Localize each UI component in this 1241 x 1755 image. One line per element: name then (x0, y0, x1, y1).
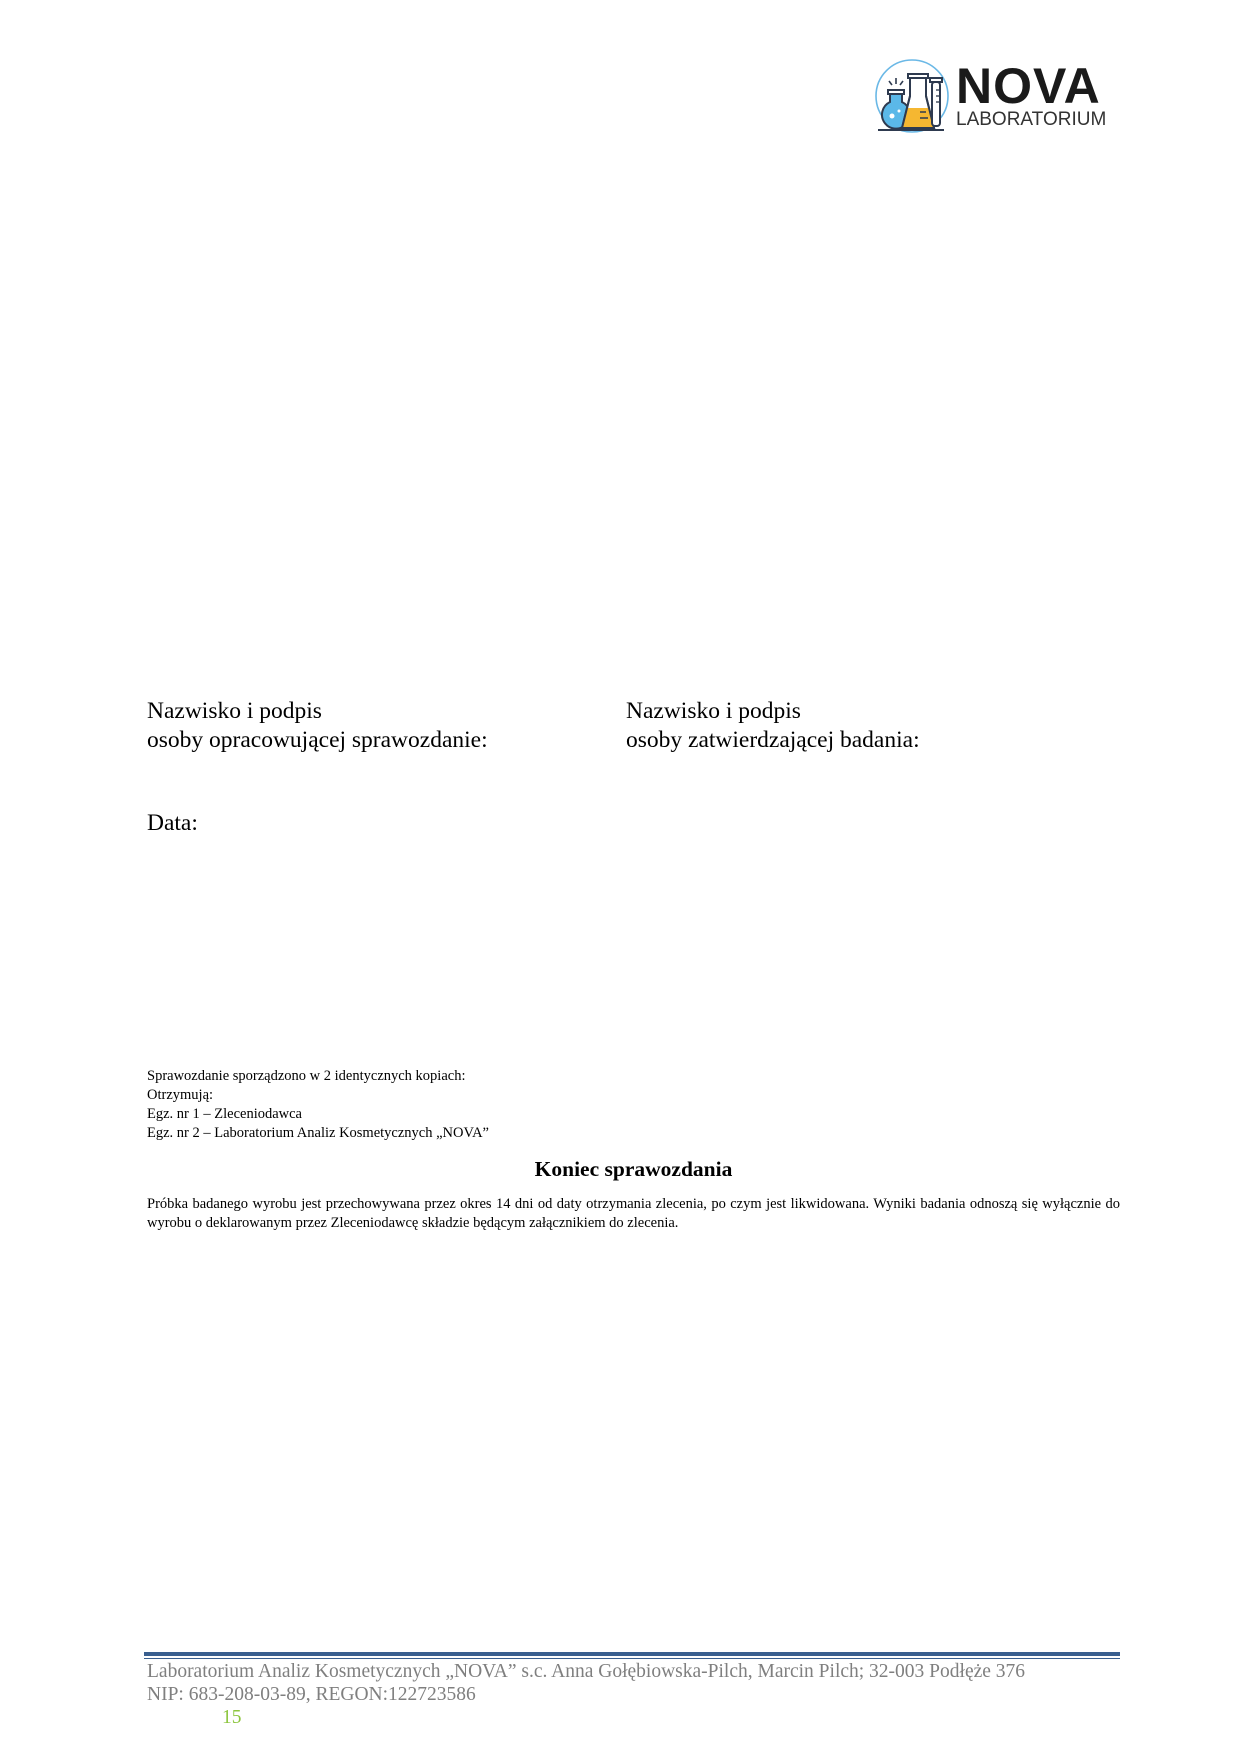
signature-approver-line2: osoby zatwierdzającej badania: (626, 726, 920, 755)
footer-line-ids: NIP: 683-208-03-89, REGON:122723586 (147, 1683, 1025, 1706)
copies-line: Otrzymują: (147, 1086, 489, 1105)
date-label: Data: (147, 809, 198, 838)
logo-title: NOVA (956, 64, 1106, 108)
signature-preparer: Nazwisko i podpis osoby opracowującej sp… (147, 697, 488, 755)
copies-line: Egz. nr 1 – Zleceniodawca (147, 1105, 489, 1124)
copies-distribution: Sprawozdanie sporządzono w 2 identycznyc… (147, 1067, 489, 1143)
signature-preparer-line2: osoby opracowującej sprawozdanie: (147, 726, 488, 755)
end-of-report-title: Koniec sprawozdania (147, 1155, 1120, 1183)
footer-line-address: Laboratorium Analiz Kosmetycznych „NOVA”… (147, 1660, 1025, 1683)
footer-divider-thin (144, 1658, 1120, 1659)
logo-subtitle: LABORATORIUM (956, 110, 1106, 129)
company-logo: NOVA LABORATORIUM (872, 56, 1112, 136)
copies-line: Sprawozdanie sporządzono w 2 identycznyc… (147, 1067, 489, 1086)
copies-line: Egz. nr 2 – Laboratorium Analiz Kosmetyc… (147, 1124, 489, 1143)
logo-text: NOVA LABORATORIUM (956, 64, 1106, 129)
footer-company-info: Laboratorium Analiz Kosmetycznych „NOVA”… (147, 1660, 1025, 1706)
page-number: 15 (222, 1706, 242, 1729)
lab-flasks-icon (872, 56, 952, 136)
signature-approver-line1: Nazwisko i podpis (626, 697, 920, 726)
sample-retention-note: Próbka badanego wyrobu jest przechowywan… (147, 1195, 1120, 1233)
signature-approver: Nazwisko i podpis osoby zatwierdzającej … (626, 697, 920, 755)
signature-preparer-line1: Nazwisko i podpis (147, 697, 488, 726)
footer-divider-thick (144, 1652, 1120, 1656)
footer-divider (144, 1652, 1120, 1659)
